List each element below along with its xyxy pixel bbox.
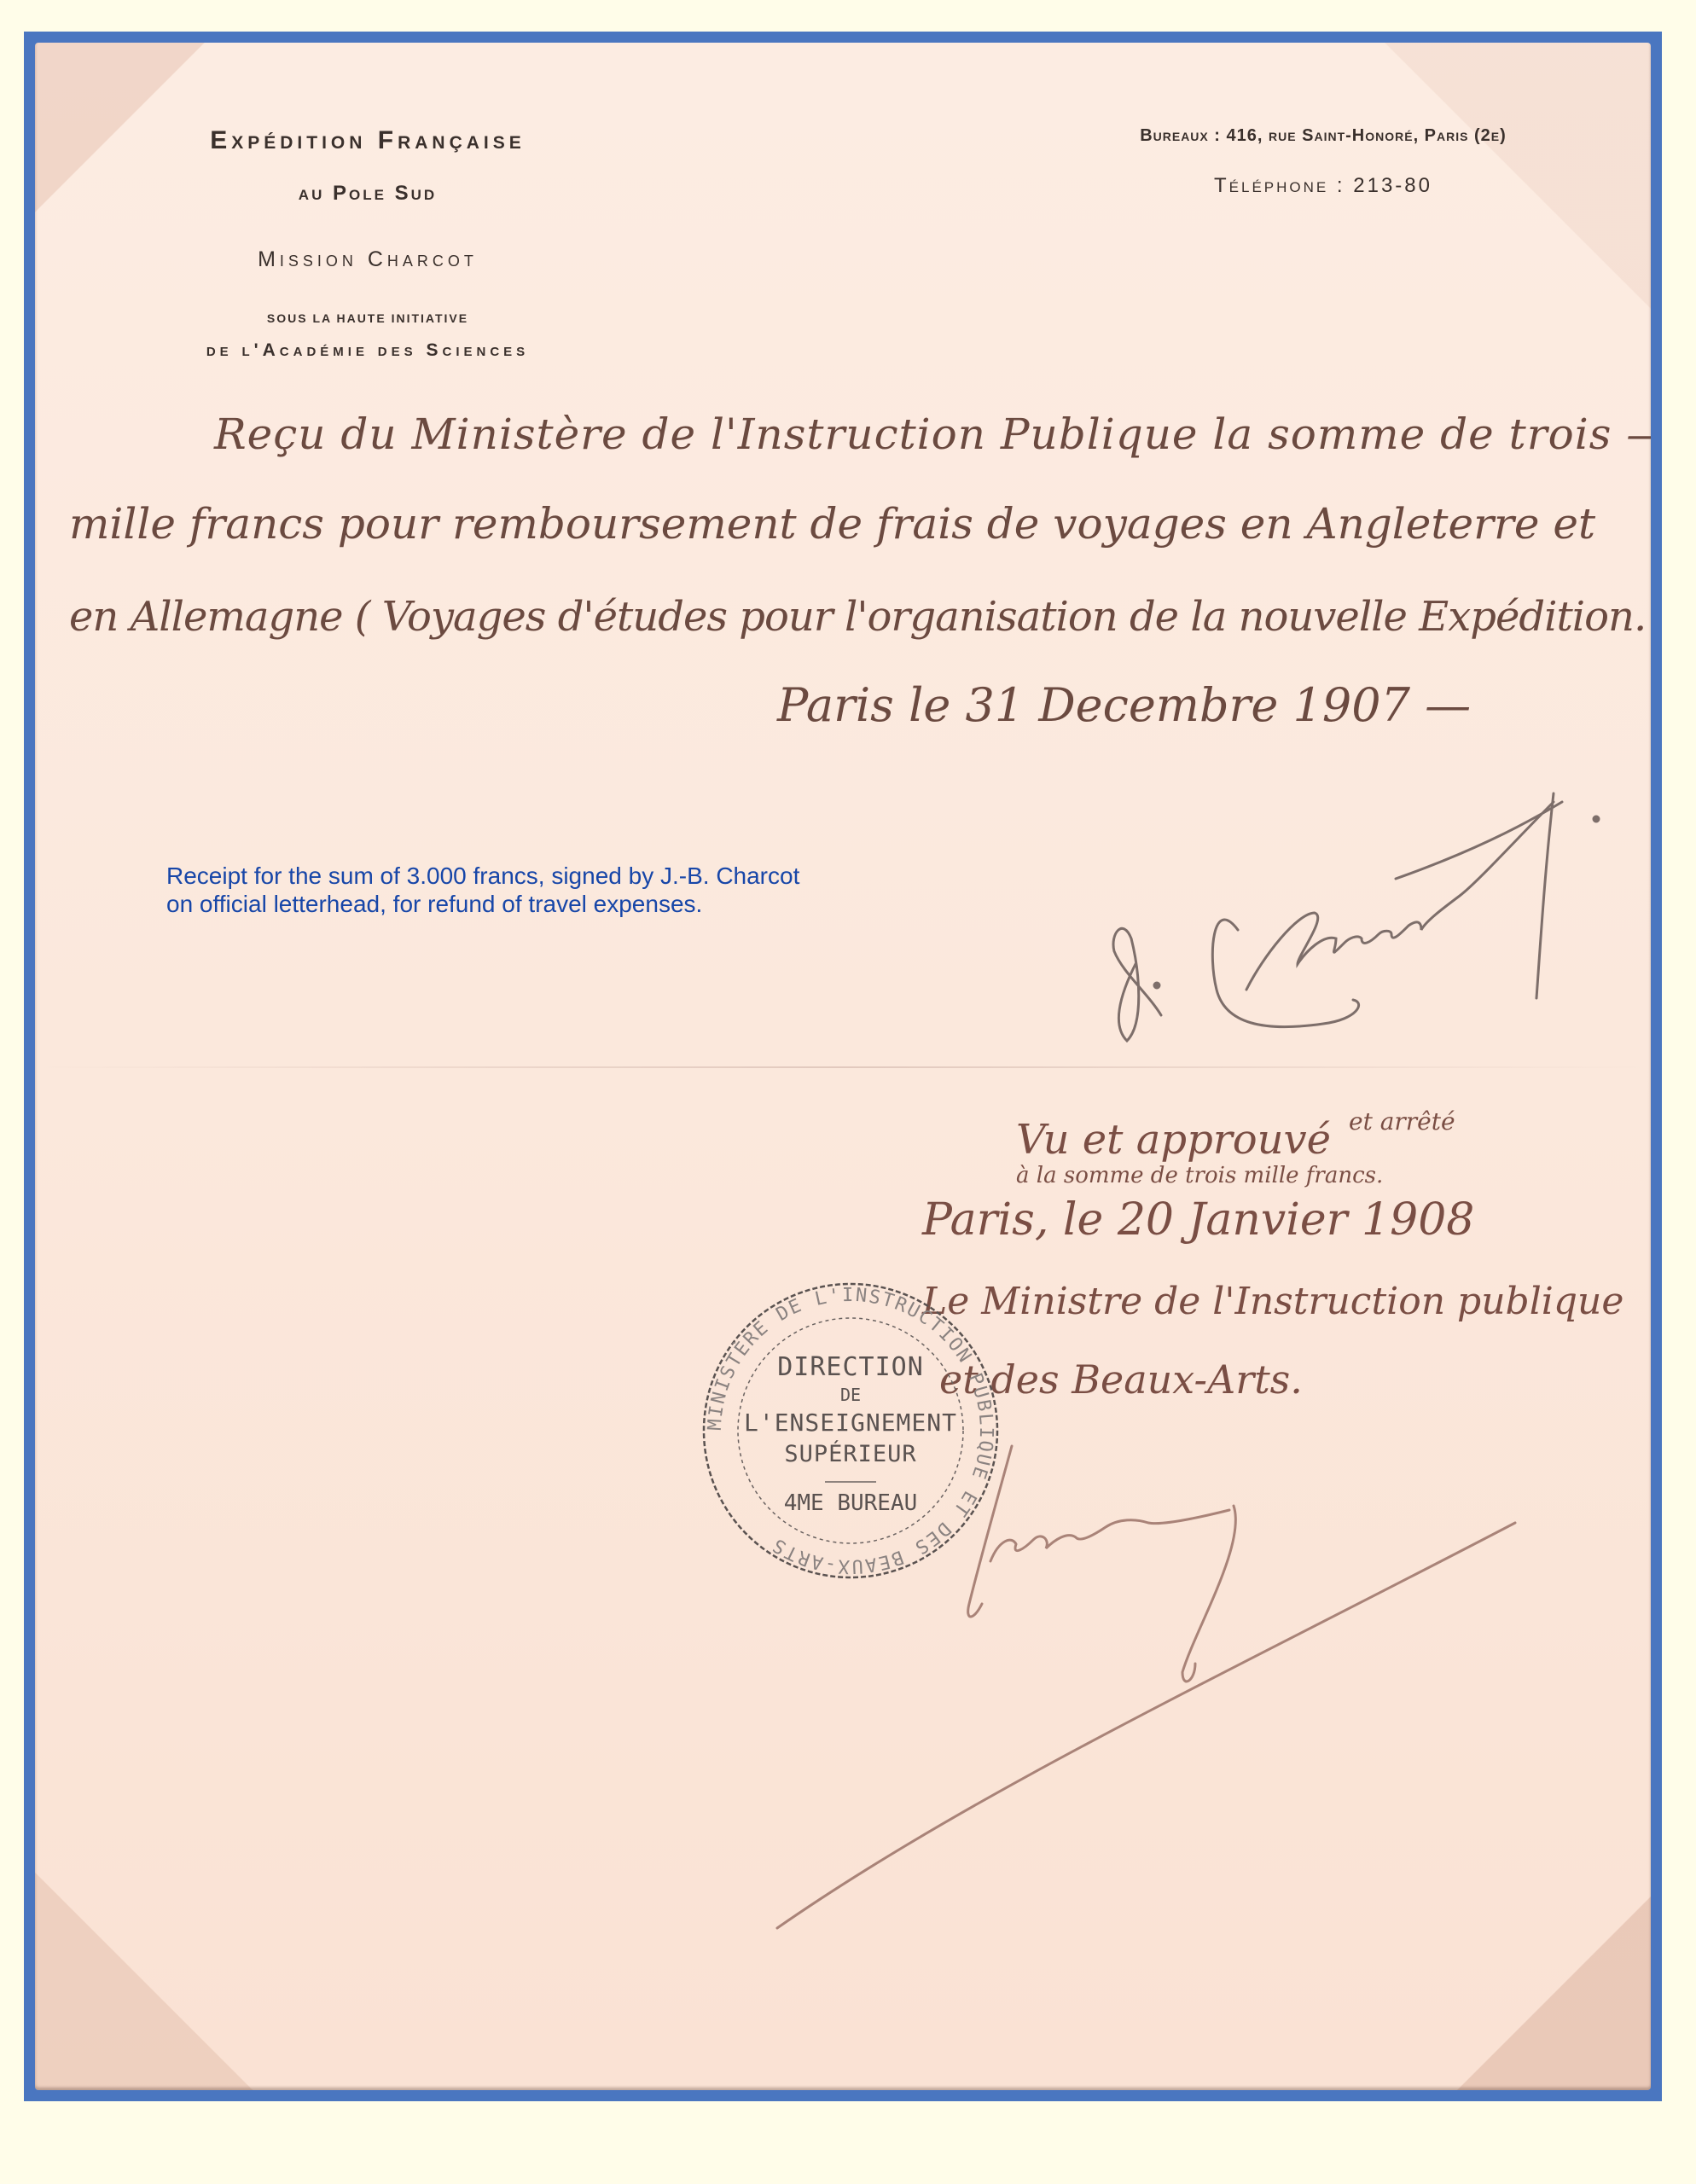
- caption-line-2: on official letterhead, for refund of tr…: [166, 890, 799, 918]
- letterhead-under-initiative: SOUS LA HAUTE INITIATIVE: [129, 311, 607, 325]
- letterhead-telephone: Téléphone : 213-80: [1042, 174, 1605, 198]
- minister-signature-icon: [717, 1391, 1613, 1945]
- letterhead-title: Expédition Française: [129, 126, 607, 155]
- letterhead-address: Bureaux : 416, rue Saint-Honoré, Paris (…: [1042, 126, 1605, 146]
- blue-frame: Expédition Française au Pole Sud Mission…: [24, 32, 1662, 2101]
- letterhead-mission: Mission Charcot: [129, 247, 607, 272]
- stamp-direction: DIRECTION: [697, 1352, 1004, 1382]
- charcot-signature-icon: [1042, 768, 1639, 1049]
- approval-line-2: à la somme de trois mille francs.: [1016, 1163, 1383, 1188]
- caption: Receipt for the sum of 3.000 francs, sig…: [166, 862, 799, 918]
- paper-fold-line: [35, 1066, 1651, 1068]
- receipt-line-3: en Allemagne ( Voyages d'études pour l'o…: [69, 593, 1646, 641]
- receipt-line-1: Reçu du Ministère de l'Instruction Publi…: [214, 409, 1651, 459]
- caption-line-1: Receipt for the sum of 3.000 francs, sig…: [166, 862, 799, 890]
- letter-paper: Expédition Française au Pole Sud Mission…: [35, 43, 1651, 2090]
- approval-line-1b: et arrêté: [1349, 1107, 1455, 1136]
- receipt-date: Paris le 31 Decembre 1907 —: [777, 678, 1471, 732]
- approval-minister: Le Ministre de l'Instruction publique: [922, 1280, 1623, 1323]
- approval-date: Paris, le 20 Janvier 1908: [922, 1194, 1474, 1246]
- approval-line-1: Vu et approuvé: [1016, 1116, 1331, 1164]
- letterhead-subtitle: au Pole Sud: [129, 182, 607, 206]
- letterhead-academy: de l'Académie des Sciences: [129, 340, 607, 361]
- receipt-line-2: mille francs pour remboursement de frais…: [69, 499, 1595, 549]
